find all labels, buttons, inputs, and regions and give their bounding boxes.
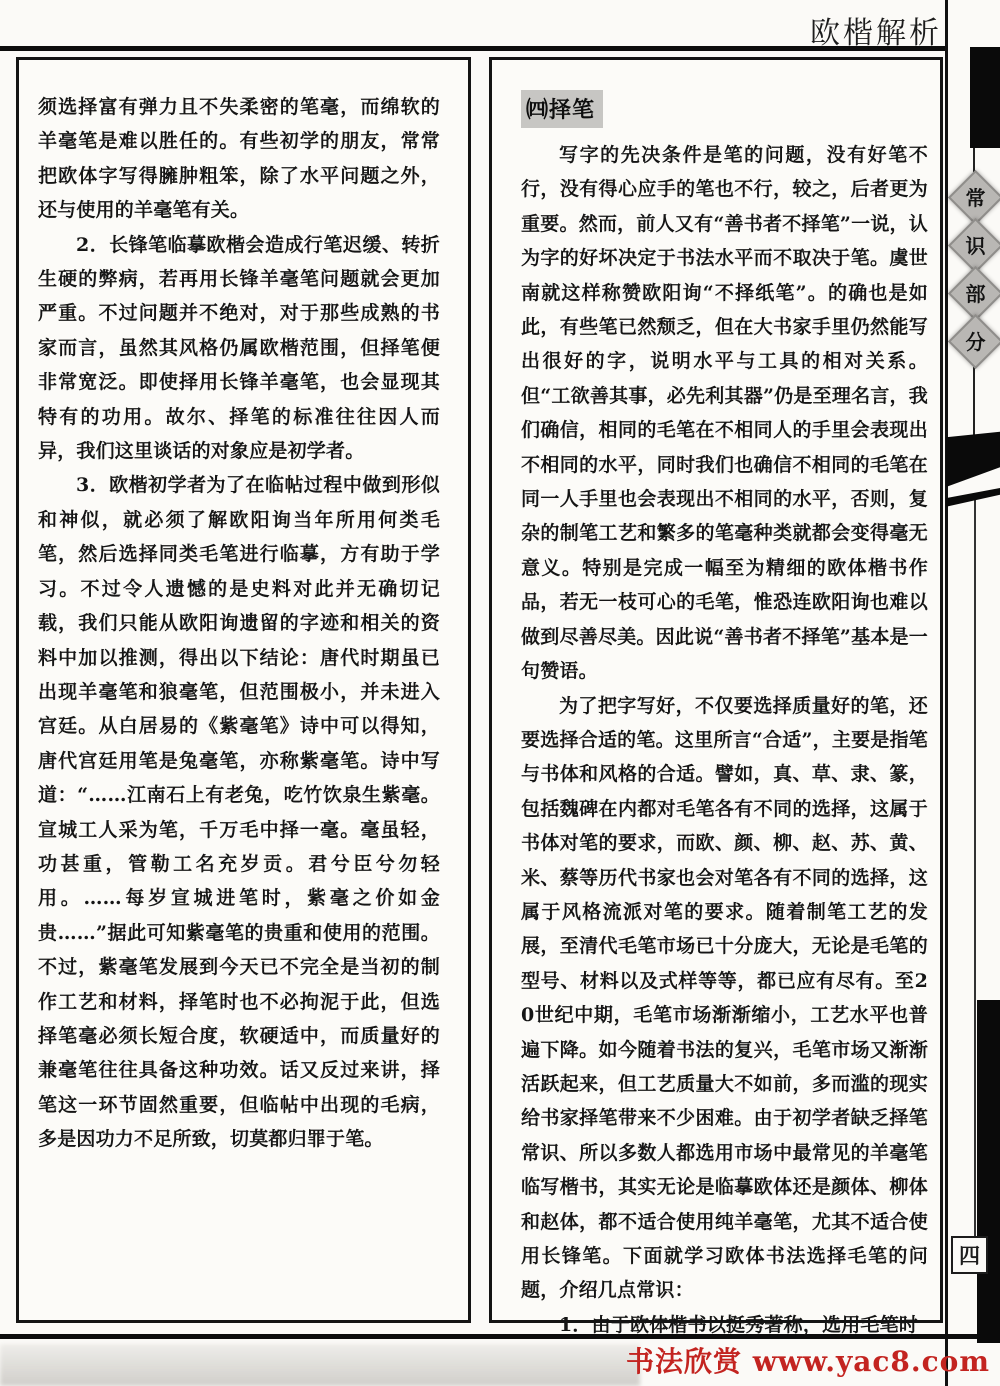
paragraph: 须选择富有弹力且不失柔密的笔毫，而绵软的羊毫笔是难以胜任的。有些初学的朋友，常常… (38, 90, 440, 228)
left-text-column: 须选择富有弹力且不失柔密的笔毫，而绵软的羊毫笔是难以胜任的。有些初学的朋友，常常… (16, 57, 471, 1323)
page-number: 四 (959, 1240, 980, 1270)
sidebar-tab-label: 分 (966, 332, 986, 352)
right-margin-line (974, 500, 976, 1240)
scanned-page: 欧楷解析 常 识 部 分 须选择富有弹力且不失柔密的笔毫，而绵软的羊毫笔是难以胜… (0, 0, 1000, 1386)
section-heading: ㈣择笔 (521, 90, 603, 128)
right-edge-band (977, 1000, 1000, 1343)
paragraph: 3．欧楷初学者为了在临帖过程中做到形似和神似，就必须了解欧阳询当年所用何类毛笔，… (38, 468, 440, 1156)
sidebar-tab-diamond: 分 (948, 314, 1000, 369)
right-frame-line (945, 0, 948, 1386)
ribbon-wedge (946, 430, 1000, 490)
paragraph: 为了把字写好，不仅要选择质量好的笔，还要选择合适的笔。这里所言“合适”，主要是指… (521, 689, 928, 1308)
scan-smudge (0, 1344, 640, 1386)
header-rule (0, 46, 947, 51)
sidebar-tab-label: 常 (966, 188, 986, 208)
corner-black-block (970, 47, 1000, 148)
sidebar-tab-label: 识 (966, 236, 986, 256)
ribbon-stripe (946, 488, 1000, 512)
paragraph: 1．由于欧体楷书以挺秀著称，选用毛笔时 (521, 1308, 928, 1342)
paragraph: 2．长锋笔临摹欧楷会造成行笔迟缓、转折生硬的弊病，若再用长锋羊毫笔问题就会更加严… (38, 228, 440, 469)
page-number-box: 四 (951, 1236, 988, 1274)
sidebar-tab-label: 部 (966, 284, 986, 304)
right-text-column: ㈣择笔 写字的先决条件是笔的问题，没有好笔不行，没有得心应手的笔也不行，较之，后… (489, 57, 943, 1323)
site-watermark: 书法欣赏 www.yac8.com (560, 1340, 990, 1380)
sidebar-tab-diamond: 识 (948, 218, 1000, 273)
sidebar-tab-diamond: 常 (948, 170, 1000, 225)
paragraph: 写字的先决条件是笔的问题，没有好笔不行，没有得心应手的笔也不行，较之，后者更为重… (521, 138, 928, 689)
sidebar-tab-diamond: 部 (948, 266, 1000, 321)
